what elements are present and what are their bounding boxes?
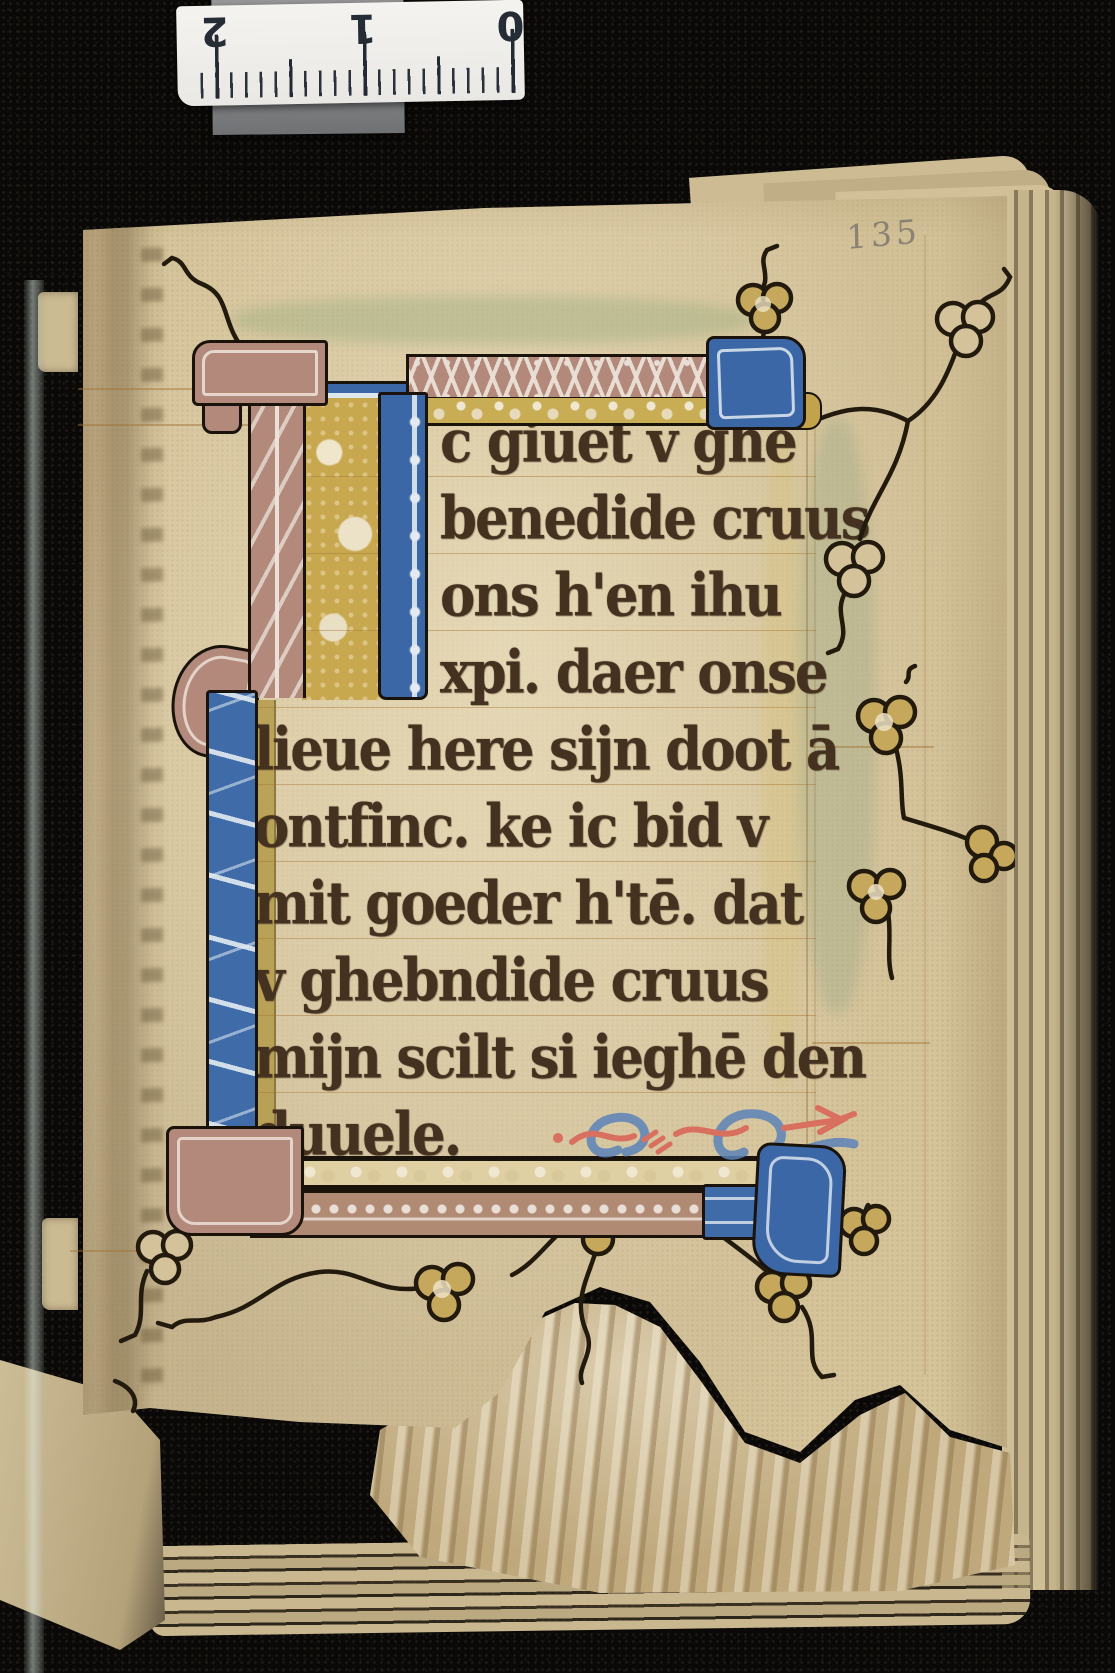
folio-number: 135 bbox=[846, 210, 936, 257]
ruler-label-0: 0 bbox=[493, 2, 528, 49]
initial-blue-dotted-bar bbox=[378, 392, 428, 700]
text-block: c giuet v ghebenedide cruusons h'en ihux… bbox=[254, 400, 816, 1170]
bottom-right-blue-corner bbox=[751, 1142, 848, 1279]
green-stain-top bbox=[232, 296, 752, 344]
text-line: mijn scilt si ieghē den bbox=[254, 1016, 816, 1093]
initial-top-left-serif bbox=[192, 340, 328, 406]
bottom-border-rose-bar bbox=[250, 1190, 730, 1238]
ivy-spray-right-middle bbox=[800, 660, 1015, 990]
text-line: mit goeder h'tē. dat bbox=[254, 862, 816, 939]
text-line: benedide cruus bbox=[254, 477, 816, 554]
glass-plate-edge bbox=[24, 280, 44, 1673]
top-border-rose-bar bbox=[406, 354, 754, 400]
top-border-gold-bar bbox=[410, 398, 752, 426]
manuscript-photograph: 2 1 0 135 c bbox=[0, 0, 1115, 1673]
initial-rose-column bbox=[248, 402, 306, 698]
initial-stem-blue-bar bbox=[206, 690, 258, 1156]
ruler-label-2: 2 bbox=[197, 7, 232, 54]
text-line: v ghebndide cruus bbox=[254, 939, 816, 1016]
ivy-spray-right-upper bbox=[790, 255, 1030, 675]
text-line: ons h'en ihu bbox=[254, 554, 816, 631]
protruding-page-tab bbox=[42, 1218, 78, 1310]
text-line: ontfinc. ke ic bid v bbox=[254, 785, 816, 862]
centimeter-ruler: 2 1 0 bbox=[176, 0, 525, 106]
text-line: xpi. daer onse bbox=[254, 631, 816, 708]
text-line: lieue here sijn doot ā bbox=[254, 708, 816, 785]
ruler-label-1: 1 bbox=[345, 4, 380, 51]
top-right-blue-corner bbox=[706, 336, 806, 430]
initial-bottom-serif bbox=[166, 1126, 304, 1236]
protruding-page-tab bbox=[38, 292, 78, 372]
